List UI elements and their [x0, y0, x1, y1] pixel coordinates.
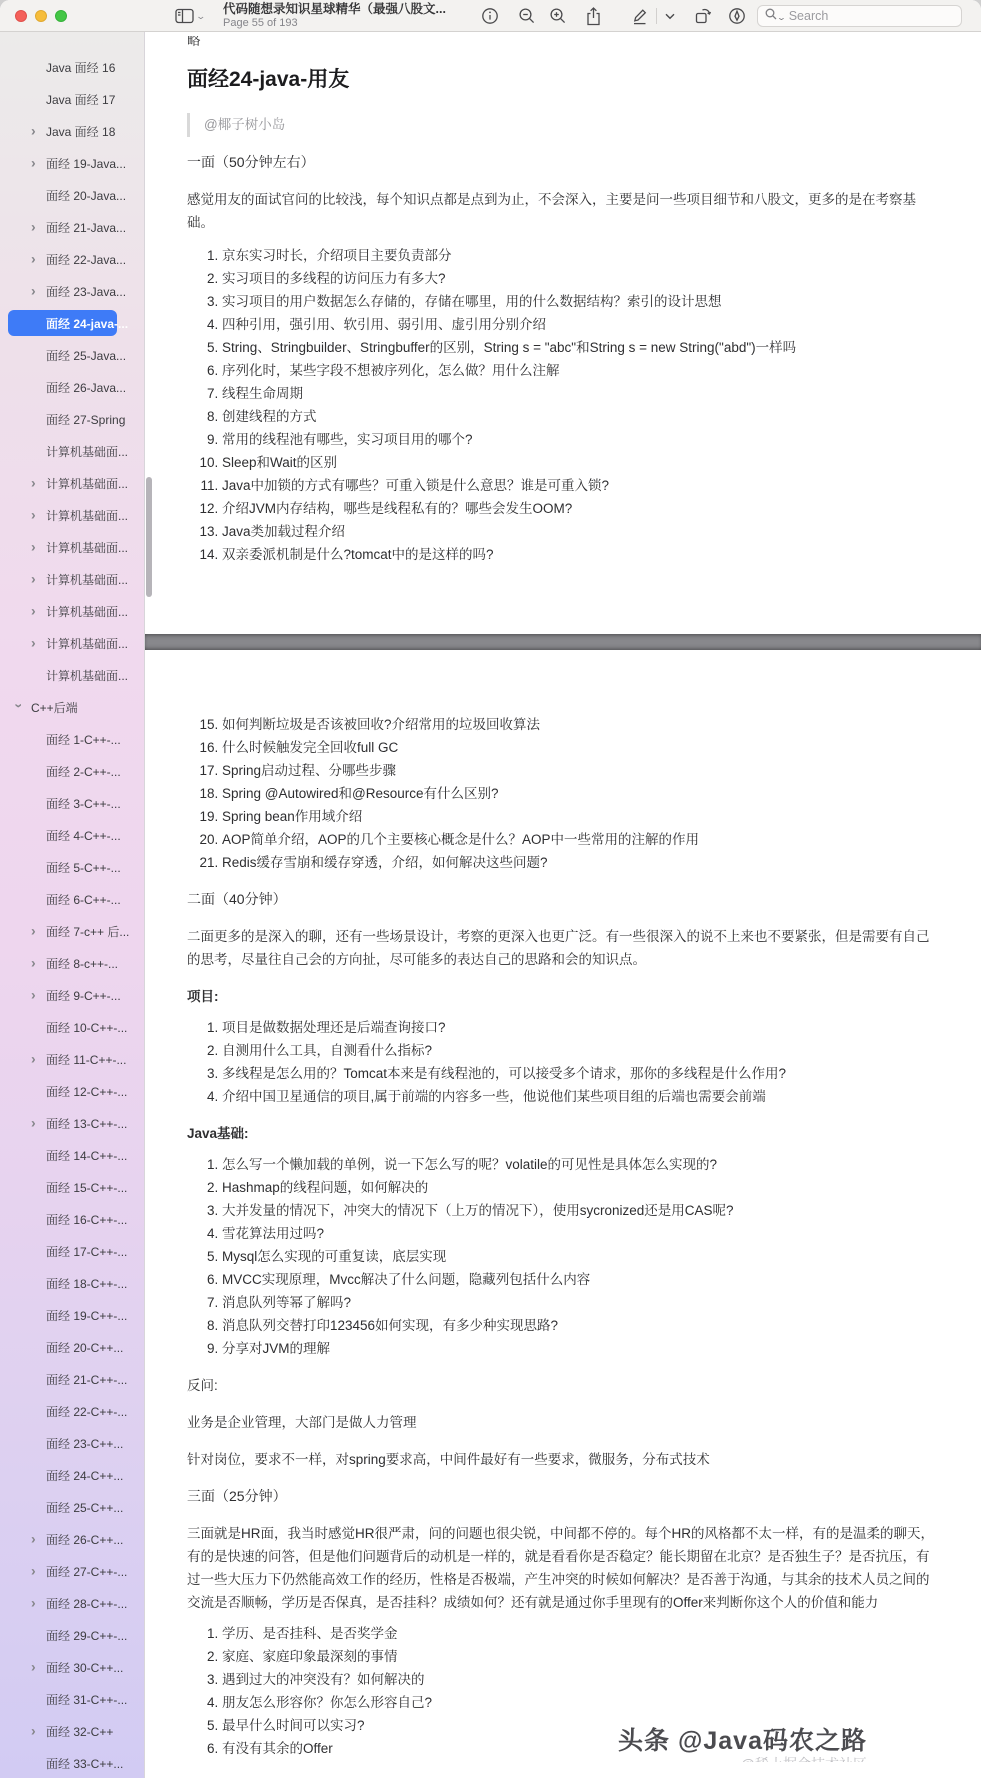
sidebar-item-label: 计算机基础面... — [46, 571, 128, 588]
watermark-sub: @稀土掘金技术社区 — [618, 1756, 867, 1762]
zoom-out-icon — [518, 7, 536, 25]
sidebar-item-label: 面经 21-C++-... — [46, 1371, 127, 1388]
sidebar-item[interactable]: › 面经 12-C++-... — [0, 1075, 144, 1107]
sidebar-item-label: Java 面经 17 — [46, 91, 115, 108]
sidebar-item[interactable]: › 面经 23-C++... — [0, 1427, 144, 1459]
sidebar-item-label: 面经 31-C++-... — [46, 1691, 127, 1708]
list-item: 京东实习时长，介绍项目主要负责部分 — [222, 244, 940, 267]
chevron-right-icon[interactable]: › — [31, 154, 36, 170]
sidebar-item-label: 面经 30-C++... — [46, 1659, 123, 1676]
sidebar-item-label: 面经 10-C++-... — [46, 1019, 127, 1036]
info-icon — [481, 7, 499, 25]
sidebar-item[interactable]: › 面经 8-c++-... — [0, 947, 144, 979]
chevron-down-icon: ⌄ — [196, 11, 207, 22]
document-title: 代码随想录知识星球精华（最强八股文... — [223, 2, 473, 17]
sidebar-item-label: 面经 12-C++-... — [46, 1083, 127, 1100]
minimize-window-button[interactable] — [35, 10, 47, 22]
chevron-right-icon[interactable]: › — [31, 538, 36, 554]
list-item: Spring bean作用域介绍 — [222, 805, 940, 828]
annotate-icon — [728, 7, 746, 25]
sidebar-item-label: 面经 5-C++-... — [46, 859, 121, 876]
sidebar-item-label: 面经 21-Java... — [46, 219, 126, 236]
author-quote: @椰子树小岛 — [187, 113, 940, 137]
sidebar-item[interactable]: › 计算机基础面... — [0, 627, 144, 659]
list-item: 家庭、家庭印象最深刻的事情 — [222, 1645, 940, 1668]
zoom-window-button[interactable] — [55, 10, 67, 22]
sidebar-item-label: 面经 27-Spring — [46, 411, 125, 428]
sidebar-item[interactable]: › 面经 19-C++-... — [0, 1299, 144, 1331]
sidebar-item-label: 面经 23-Java... — [46, 283, 126, 300]
sidebar-item[interactable]: › 面经 21-Java... — [0, 211, 144, 243]
sidebar-item-label: 面经 4-C++-... — [46, 827, 121, 844]
list-item: 朋友怎么形容你？你怎么形容自己? — [222, 1691, 940, 1714]
sidebar-list: › Java 面经 16 › Java 面经 17 › Java 面经 18 ›… — [0, 32, 144, 1778]
sidebar-item[interactable]: › 面经 2-C++-... — [0, 755, 144, 787]
sidebar-item-label: 面经 25-C++... — [46, 1499, 123, 1516]
sidebar-item-label: 面经 20-C++... — [46, 1339, 123, 1356]
list-item: 双亲委派机制是什么?tomcat中的是这样的吗? — [222, 543, 940, 566]
watermark: 头条 @Java码农之路 @稀土掘金技术社区 — [618, 1726, 867, 1762]
rotate-button[interactable] — [690, 4, 716, 28]
chevron-down-icon — [665, 13, 675, 20]
section-heading-round3: 三面（25分钟） — [187, 1485, 940, 1508]
askback-paragraph-1: 业务是企业管理，大部门是做人力管理 — [187, 1411, 940, 1434]
sidebar-item-label: 面经 16-C++-... — [46, 1211, 127, 1228]
list-item: AOP简单介绍，AOP的几个主要核心概念是什么？AOP中一些常用的注解的作用 — [222, 828, 940, 851]
list-item: 多线程是怎么用的？Tomcat本来是有线程池的，可以接受多个请求，那你的多线程是… — [222, 1062, 940, 1085]
sidebar-item[interactable]: › 面经 26-Java... — [0, 371, 144, 403]
sidebar-item-label: 计算机基础面... — [46, 603, 128, 620]
question-list-15-21: 如何判断垃圾是否该被回收?介绍常用的垃圾回收算法什么时候触发完全回收full G… — [187, 650, 940, 874]
chevron-right-icon[interactable]: › — [31, 602, 36, 618]
sidebar-item[interactable]: › 面经 25-Java... — [0, 339, 144, 371]
round1-intro-paragraph: 感觉用友的面试官问的比较浅，每个知识点都是点到为止，不会深入，主要是问一些项目细… — [187, 188, 940, 234]
sidebar-item-label: 计算机基础面... — [46, 667, 128, 684]
sidebar-item[interactable]: › 面经 24-java-... — [0, 307, 144, 339]
list-item: Spring启动过程、分哪些步骤 — [222, 759, 940, 782]
sidebar-item-label: 面经 11-C++-... — [46, 1051, 126, 1068]
search-field[interactable]: ⌄ — [757, 5, 962, 27]
window-title-block: 代码随想录知识星球精华（最强八股文... Page 55 of 193 — [223, 2, 473, 30]
sidebar-item[interactable]: › 面经 4-C++-... — [0, 819, 144, 851]
chevron-right-icon[interactable]: › — [31, 474, 36, 490]
sidebar-item-label: 面经 26-Java... — [46, 379, 126, 396]
askback-heading: 反问: — [187, 1374, 940, 1397]
list-item: 自测用什么工具，自测看什么指标? — [222, 1039, 940, 1062]
sidebar-item[interactable]: › 面经 3-C++-... — [0, 787, 144, 819]
chevron-right-icon[interactable]: › — [31, 1562, 36, 1578]
java-question-list: 怎么写一个懒加载的单例，说一下怎么写的呢？volatile的可见性是具体怎么实现… — [187, 1153, 940, 1360]
share-icon — [585, 7, 602, 26]
sidebar-item-label: 面经 7-c++ 后... — [46, 923, 129, 940]
list-item: 序列化时，某些字段不想被序列化，怎么做？用什么注解 — [222, 359, 940, 382]
list-item: Hashmap的线程问题，如何解决的 — [222, 1176, 940, 1199]
sidebar-item[interactable]: › 计算机基础面... — [0, 659, 144, 691]
sidebar-item[interactable]: › 面经 19-Java... — [0, 147, 144, 179]
sidebar-item-label: 面经 24-C++... — [46, 1467, 123, 1484]
sidebar-item-label: 面经 29-C++-... — [46, 1627, 127, 1644]
chevron-right-icon[interactable]: › — [31, 122, 36, 138]
sidebar-item[interactable]: › 面经 30-C++... — [0, 1651, 144, 1683]
list-item: 线程生命周期 — [222, 382, 940, 405]
markup-pen-icon — [631, 8, 648, 25]
sidebar-item-label: 面经 27-C++-... — [46, 1563, 127, 1580]
chevron-right-icon[interactable]: › — [31, 922, 36, 938]
sidebar-item[interactable]: › 面经 11-C++-... — [0, 1043, 144, 1075]
sidebar-item[interactable]: › 面经 20-C++... — [0, 1331, 144, 1363]
sidebar-item[interactable]: › 面经 31-C++-... — [0, 1683, 144, 1715]
close-window-button[interactable] — [15, 10, 27, 22]
sidebar-item-label: 面经 20-Java... — [46, 187, 126, 204]
list-item: 遇到过大的冲突没有？如何解决的 — [222, 1668, 940, 1691]
sidebar-item[interactable]: › 面经 5-C++-... — [0, 851, 144, 883]
sidebar-item[interactable]: › 面经 22-C++-... — [0, 1395, 144, 1427]
sidebar-item[interactable]: › 面经 33-C++... — [0, 1747, 144, 1778]
chevron-right-icon[interactable]: › — [31, 218, 36, 234]
sidebar-item-label: 面经 18-C++-... — [46, 1275, 127, 1292]
question-list-1-14: 京东实习时长，介绍项目主要负责部分实习项目的多线程的访问压力有多大?实习项目的用… — [187, 244, 940, 566]
sidebar-item[interactable]: › Java 面经 17 — [0, 83, 144, 115]
round3-intro-paragraph: 三面就是HR面，我当时感觉HR很严肃，问的问题也很尖锐，中间都不停的。每个HR的… — [187, 1522, 940, 1614]
chevron-right-icon[interactable]: › — [31, 1594, 36, 1610]
chevron-right-icon[interactable]: › — [31, 570, 36, 586]
round2-intro-paragraph: 二面更多的是深入的聊，还有一些场景设计，考察的更深入也更广泛。有一些很深入的说不… — [187, 925, 940, 971]
sidebar-item-label: 面经 24-java-... — [46, 315, 128, 332]
sidebar-item-label: Java 面经 16 — [46, 59, 115, 76]
sidebar-item[interactable]: › 面经 15-C++-... — [0, 1171, 144, 1203]
list-item: 什么时候触发完全回收full GC — [222, 736, 940, 759]
clipped-text-fragment: 略 — [187, 36, 940, 52]
preview-window: ⌄ 代码随想录知识星球精华（最强八股文... Page 55 of 193 — [0, 0, 981, 1778]
sidebar-item[interactable]: › 面经 27-C++-... — [0, 1555, 144, 1587]
chevron-right-icon[interactable]: › — [31, 282, 36, 298]
sidebar-item-label: 面经 14-C++-... — [46, 1147, 127, 1164]
sidebar-item[interactable]: › 面经 22-Java... — [0, 243, 144, 275]
sidebar-item[interactable]: › 面经 26-C++... — [0, 1523, 144, 1555]
list-item: Java中加锁的方式有哪些？可重入锁是什么意思？谁是可重入锁? — [222, 474, 940, 497]
sidebar-item[interactable]: › 面经 9-C++-... — [0, 979, 144, 1011]
sidebar-item[interactable]: › C++后端 — [0, 691, 144, 723]
sidebar-item-label: 面经 22-Java... — [46, 251, 126, 268]
list-item: 消息队列交替打印123456如何实现，有多少种实现思路? — [222, 1314, 940, 1337]
sidebar-item[interactable]: › 计算机基础面... — [0, 531, 144, 563]
list-item: Mysql怎么实现的可重复读，底层实现 — [222, 1245, 940, 1268]
thumbnail-sidebar: › Java 面经 16 › Java 面经 17 › Java 面经 18 ›… — [0, 32, 145, 1778]
sidebar-item-label: 面经 33-C++... — [46, 1755, 123, 1772]
sidebar-item-label: 面经 8-c++-... — [46, 955, 118, 972]
sidebar-item[interactable]: › 面经 28-C++-... — [0, 1587, 144, 1619]
page-indicator: Page 55 of 193 — [223, 17, 473, 30]
chevron-down-icon: ⌄ — [776, 13, 786, 22]
list-item: 消息队列等幂了解吗? — [222, 1291, 940, 1314]
sidebar-item[interactable]: › 面经 18-C++-... — [0, 1267, 144, 1299]
sidebar-item-label: 计算机基础面... — [46, 635, 128, 652]
sidebar-item-label: 计算机基础面... — [46, 507, 128, 524]
toolbar: ⌄ 代码随想录知识星球精华（最强八股文... Page 55 of 193 — [0, 0, 981, 32]
list-item: 雪花算法用过吗? — [222, 1222, 940, 1245]
zoom-out-button[interactable] — [514, 4, 540, 28]
sidebar-item[interactable]: › 面经 13-C++-... — [0, 1107, 144, 1139]
chevron-right-icon[interactable]: › — [31, 986, 36, 1002]
sidebar-item-label: 面经 17-C++-... — [46, 1243, 127, 1260]
sidebar-item-label: 面经 3-C++-... — [46, 795, 121, 812]
list-item: Redis缓存雪崩和缓存穿透，介绍，如何解决这些问题? — [222, 851, 940, 874]
sidebar-item-label: 面经 1-C++-... — [46, 731, 121, 748]
sidebar-item[interactable]: › 面经 7-c++ 后... — [0, 915, 144, 947]
sidebar-item[interactable]: › 面经 29-C++-... — [0, 1619, 144, 1651]
list-item: MVCC实现原理，Mvcc解决了什么问题，隐藏列包括什么内容 — [222, 1268, 940, 1291]
pdf-content-area: 略 面经24-java-用友 @椰子树小岛 一面（50分钟左右） 感觉用友的面试… — [145, 32, 981, 1778]
section-heading-round1: 一面（50分钟左右） — [187, 151, 940, 174]
list-item: 学历、是否挂科、是否奖学金 — [222, 1622, 940, 1645]
sidebar-item-label: 面经 25-Java... — [46, 347, 126, 364]
list-item: 实习项目的用户数据怎么存储的，存储在哪里，用的什么数据结构？索引的设计思想 — [222, 290, 940, 313]
section-heading-round2: 二面（40分钟） — [187, 888, 940, 911]
sidebar-item-label: 面经 15-C++-... — [46, 1179, 127, 1196]
sidebar-item[interactable]: › 计算机基础面... — [0, 499, 144, 531]
sidebar-item[interactable]: › 面经 17-C++-... — [0, 1235, 144, 1267]
askback-paragraph-2: 针对岗位，要求不一样，对spring要求高，中间件最好有一些要求，微服务，分布式… — [187, 1448, 940, 1471]
list-item: 常用的线程池有哪些，实习项目用的哪个? — [222, 428, 940, 451]
sidebar-toggle-icon — [175, 8, 194, 24]
sidebar-item-label: 面经 9-C++-... — [46, 987, 121, 1004]
list-item: 怎么写一个懒加载的单例，说一下怎么写的呢？volatile的可见性是具体怎么实现… — [222, 1153, 940, 1176]
markup-dropdown-button[interactable] — [660, 4, 680, 28]
list-item: 四种引用，强引用、软引用、弱引用、虚引用分别介绍 — [222, 313, 940, 336]
sidebar-item-label: 面经 13-C++-... — [46, 1115, 127, 1132]
chevron-right-icon[interactable]: › — [31, 1530, 36, 1546]
sidebar-item-label: 面经 19-C++-... — [46, 1307, 127, 1324]
list-item: 大并发量的情况下，冲突大的情况下（上万的情况下），使用sycronized还是用… — [222, 1199, 940, 1222]
list-item: 介绍中国卫星通信的项目,属于前端的内容多一些，他说他们某些项目组的后端也需要会前… — [222, 1085, 940, 1108]
list-item: 实习项目的多线程的访问压力有多大? — [222, 267, 940, 290]
list-item: String、Stringbuilder、Stringbuffer的区别，Str… — [222, 336, 940, 359]
rotate-icon — [694, 7, 712, 25]
chevron-right-icon[interactable]: › — [31, 1658, 36, 1674]
watermark-main: 头条 @Java码农之路 — [618, 1726, 867, 1756]
list-item: Spring @Autowired和@Resource有什么区别? — [222, 782, 940, 805]
zoom-in-button[interactable] — [545, 4, 571, 28]
sidebar-item-label: 计算机基础面... — [46, 475, 128, 492]
sidebar-item-label: 面经 32-C++ — [46, 1723, 113, 1740]
annotate-button[interactable] — [724, 4, 750, 28]
share-button[interactable] — [580, 4, 606, 28]
sidebar-item[interactable]: › Java 面经 18 — [0, 115, 144, 147]
chevron-right-icon[interactable]: › — [31, 506, 36, 522]
info-button[interactable] — [477, 4, 503, 28]
chevron-right-icon[interactable]: › — [31, 1050, 36, 1066]
sidebar-scrollbar-thumb[interactable] — [146, 477, 152, 597]
sidebar-item[interactable]: › Java 面经 16 — [0, 51, 144, 83]
sidebar-item[interactable]: › 计算机基础面... — [0, 595, 144, 627]
search-icon — [765, 7, 777, 25]
list-item: 项目是做数据处理还是后端查询接口? — [222, 1016, 940, 1039]
chevron-right-icon[interactable]: › — [31, 1114, 36, 1130]
page-title: 面经24-java-用友 — [187, 67, 940, 93]
sidebar-item-label: Java 面经 18 — [46, 123, 115, 140]
project-heading: 项目: — [187, 985, 940, 1008]
sidebar-item-label: 计算机基础面... — [46, 443, 128, 460]
sidebar-item[interactable]: › 面经 23-Java... — [0, 275, 144, 307]
list-item: Sleep和Wait的区别 — [222, 451, 940, 474]
page-separator — [145, 634, 981, 650]
zoom-in-icon — [549, 7, 567, 25]
sidebar-item[interactable]: › 面经 14-C++-... — [0, 1139, 144, 1171]
sidebar-item[interactable]: › 面经 27-Spring — [0, 403, 144, 435]
chevron-right-icon[interactable]: › — [11, 703, 27, 708]
chevron-right-icon[interactable]: › — [31, 634, 36, 650]
sidebar-item[interactable]: › 面经 1-C++-... — [0, 723, 144, 755]
sidebar-toggle-button[interactable]: ⌄ — [172, 4, 208, 28]
sidebar-item-label: 面经 19-Java... — [46, 155, 126, 172]
sidebar-item[interactable]: › 计算机基础面... — [0, 563, 144, 595]
search-input[interactable] — [789, 9, 954, 23]
chevron-right-icon[interactable]: › — [31, 954, 36, 970]
sidebar-item[interactable]: › 面经 20-Java... — [0, 179, 144, 211]
sidebar-item-label: 面经 28-C++-... — [46, 1595, 127, 1612]
list-item: 分享对JVM的理解 — [222, 1337, 940, 1360]
sidebar-item[interactable]: › 面经 25-C++... — [0, 1491, 144, 1523]
sidebar-item[interactable]: › 面经 32-C++ — [0, 1715, 144, 1747]
sidebar-item[interactable]: › 面经 10-C++-... — [0, 1011, 144, 1043]
sidebar-item[interactable]: › 计算机基础面... — [0, 467, 144, 499]
sidebar-item-label: 面经 23-C++... — [46, 1435, 123, 1452]
markup-pen-button[interactable] — [626, 4, 652, 28]
sidebar-item-label: C++后端 — [31, 699, 78, 716]
list-item: Java类加载过程介绍 — [222, 520, 940, 543]
sidebar-item[interactable]: › 面经 6-C++-... — [0, 883, 144, 915]
sidebar-item[interactable]: › 计算机基础面... — [0, 435, 144, 467]
sidebar-item[interactable]: › 面经 16-C++-... — [0, 1203, 144, 1235]
document-page-2: 如何判断垃圾是否该被回收?介绍常用的垃圾回收算法什么时候触发完全回收full G… — [145, 650, 981, 1762]
list-item: 如何判断垃圾是否该被回收?介绍常用的垃圾回收算法 — [222, 713, 940, 736]
list-item: 介绍JVM内存结构，哪些是线程私有的？哪些会发生OOM? — [222, 497, 940, 520]
sidebar-item-label: 面经 22-C++-... — [46, 1403, 127, 1420]
sidebar-item[interactable]: › 面经 21-C++-... — [0, 1363, 144, 1395]
sidebar-item[interactable]: › 面经 24-C++... — [0, 1459, 144, 1491]
sidebar-item-label: 面经 2-C++-... — [46, 763, 121, 780]
sidebar-item-label: 计算机基础面... — [46, 539, 128, 556]
toolbar-divider — [656, 8, 657, 24]
sidebar-item-label: 面经 6-C++-... — [46, 891, 121, 908]
sidebar-item-label: 面经 26-C++... — [46, 1531, 123, 1548]
document-page-1: 略 面经24-java-用友 @椰子树小岛 一面（50分钟左右） 感觉用友的面试… — [145, 32, 981, 634]
project-question-list: 项目是做数据处理还是后端查询接口?自测用什么工具，自测看什么指标?多线程是怎么用… — [187, 1016, 940, 1108]
chevron-right-icon[interactable]: › — [31, 250, 36, 266]
java-basics-heading: Java基础: — [187, 1122, 940, 1145]
list-item: 创建线程的方式 — [222, 405, 940, 428]
chevron-right-icon[interactable]: › — [31, 1722, 36, 1738]
